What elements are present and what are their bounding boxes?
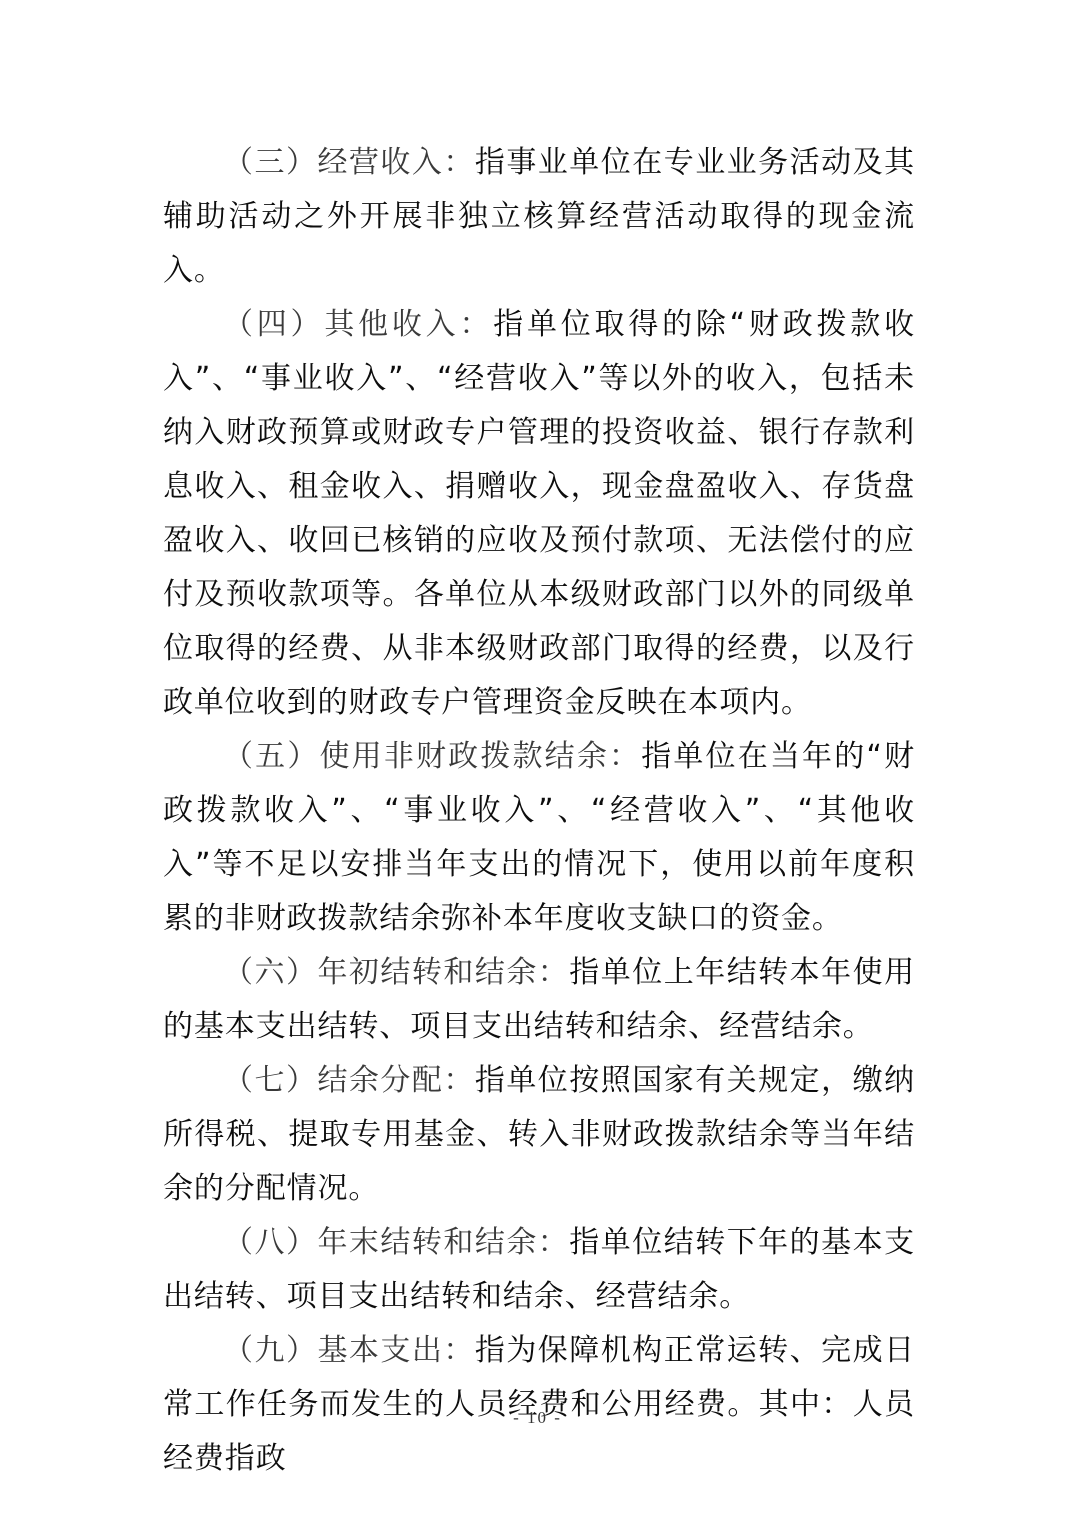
paragraph-heading: （七）结余分配：: [223, 1063, 475, 1098]
paragraph-closing-carryover: （八）年末结转和结余：指单位结转下年的基本支出结转、项目支出结转和结余、经营结余…: [163, 1216, 915, 1324]
paragraph-heading: （八）年末结转和结余：: [223, 1225, 569, 1260]
paragraph-basic-expenditure: （九）基本支出：指为保障机构正常运转、完成日常工作任务而发生的人员经费和公用经费…: [163, 1324, 915, 1486]
paragraph-heading: （三）经营收入：: [223, 145, 475, 180]
paragraph-opening-carryover: （六）年初结转和结余：指单位上年结转本年使用的基本支出结转、项目支出结转和结余、…: [163, 946, 915, 1054]
document-body: （三）经营收入：指事业单位在专业业务活动及其辅助活动之外开展非独立核算经营活动取…: [163, 136, 915, 1486]
paragraph-operating-income: （三）经营收入：指事业单位在专业业务活动及其辅助活动之外开展非独立核算经营活动取…: [163, 136, 915, 298]
paragraph-heading: （九）基本支出：: [223, 1333, 475, 1368]
paragraph-heading: （四）其他收入：: [223, 307, 493, 342]
page-number: - 10 -: [0, 1408, 1075, 1428]
paragraph-heading: （六）年初结转和结余：: [223, 955, 569, 990]
paragraph-text: 指单位取得的除“财政拨款收入”、“事业收入”、“经营收入”等以外的收入，包括未纳…: [163, 307, 915, 720]
paragraph-surplus-distribution: （七）结余分配：指单位按照国家有关规定，缴纳所得税、提取专用基金、转入非财政拨款…: [163, 1054, 915, 1216]
paragraph-heading: （五）使用非财政拨款结余：: [223, 739, 641, 774]
paragraph-other-income: （四）其他收入：指单位取得的除“财政拨款收入”、“事业收入”、“经营收入”等以外…: [163, 298, 915, 730]
paragraph-use-non-fiscal-surplus: （五）使用非财政拨款结余：指单位在当年的“财政拨款收入”、“事业收入”、“经营收…: [163, 730, 915, 946]
document-page: （三）经营收入：指事业单位在专业业务活动及其辅助活动之外开展非独立核算经营活动取…: [0, 0, 1075, 1520]
